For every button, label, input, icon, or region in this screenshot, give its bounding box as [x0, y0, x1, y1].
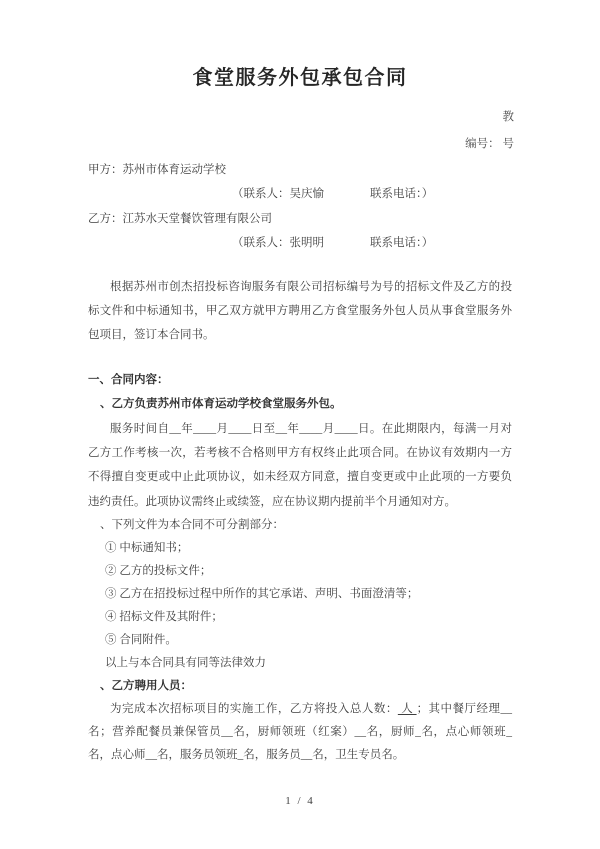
section1-heading: 一、合同内容： — [88, 368, 512, 392]
clause3-line: 、乙方聘用人员： — [88, 675, 512, 698]
contract-title: 食堂服务外包承包合同 — [0, 0, 600, 92]
clause1-detail-paragraph: 服务时间自__年____月____日至__年____月____日。在此期限内，每… — [88, 417, 512, 515]
party-a-line: 甲方：苏州市体育运动学校 — [88, 158, 512, 182]
page-number: 1 / 4 — [0, 795, 600, 807]
doc-number-block: 教 编号： 号 — [0, 104, 600, 158]
doc-number-line2: 编号： 号 — [0, 131, 514, 158]
list-item-4: ④ 招标文件及其附件； — [88, 606, 512, 629]
preamble-paragraph: 根据苏州市创杰招投标咨询服务有限公司招标编号为号的招标文件及乙方的投标文件和中标… — [88, 275, 512, 348]
contract-body: 甲方：苏州市体育运动学校 （联系人：吴庆愉 联系电话：） 乙方：江苏水天堂餐饮管… — [88, 158, 512, 767]
party-b-contact-line: （联系人：张明明 联系电话：） — [88, 231, 512, 255]
document-page: 食堂服务外包承包合同 教 编号： 号 甲方：苏州市体育运动学校 （联系人：吴庆愉… — [0, 0, 600, 849]
staffing-paragraph: 为完成本次招标项目的实施工作，乙方将投入总人数： 人 ；其中餐厅经理__名；营养… — [88, 698, 512, 767]
clause2-line: 、下列文件为本合同不可分割部分： — [88, 514, 512, 537]
list-item-5: ⑤ 合同附件。 — [88, 629, 512, 652]
clause1-line: 、乙方负责苏州市体育运动学校食堂服务外包。 — [88, 392, 512, 416]
staffing-total-blank: 人 — [398, 703, 417, 715]
list-item-3: ③ 乙方在招投标过程中所作的其它承诺、声明、书面澄清等； — [88, 583, 512, 606]
staffing-text-pre: 为完成本次招标项目的实施工作，乙方将投入总人数： — [110, 703, 398, 715]
list-item-2: ② 乙方的投标文件； — [88, 560, 512, 583]
party-a-contact-line: （联系人：吴庆愉 联系电话：） — [88, 182, 512, 206]
list-item-1: ① 中标通知书； — [88, 537, 512, 560]
party-b-line: 乙方：江苏水天堂餐饮管理有限公司 — [88, 207, 512, 231]
doc-number-line1: 教 — [0, 104, 514, 131]
legal-effect-note: 以上与本合同具有同等法律效力 — [88, 652, 512, 675]
